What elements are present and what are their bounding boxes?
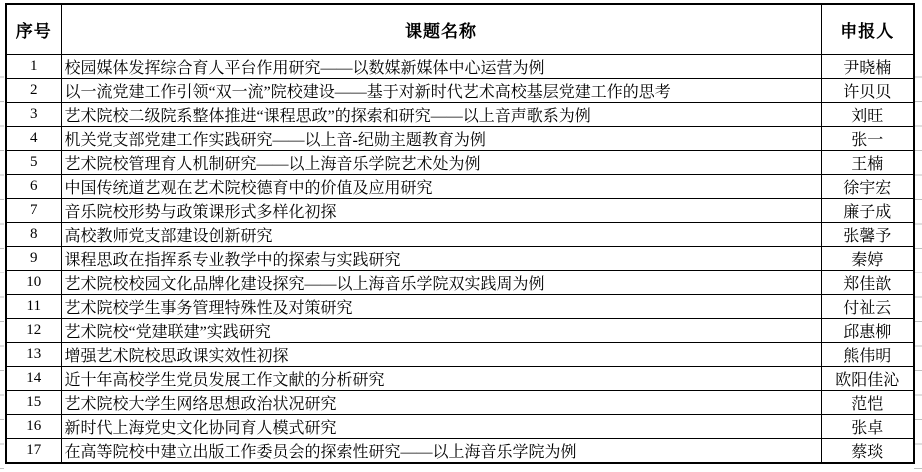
left-gridline-stubs <box>0 53 4 472</box>
topic-title-cell[interactable]: 增强艺术院校思政课实效性初探 <box>61 342 821 366</box>
topic-title-cell[interactable]: 课程思政在指挥系专业教学中的探索与实践研究 <box>61 246 821 270</box>
row-number-cell[interactable]: 1 <box>6 54 61 78</box>
row-number-cell[interactable]: 13 <box>6 342 61 366</box>
applicant-cell[interactable]: 许贝贝 <box>821 78 914 102</box>
table-row: 13 增强艺术院校思政课实效性初探 熊伟明 <box>6 342 914 366</box>
applicant-cell[interactable]: 邱惠柳 <box>821 318 914 342</box>
applicant-cell[interactable]: 郑佳歆 <box>821 270 914 294</box>
table-row: 17 在高等院校中建立出版工作委员会的探索性研究——以上海音乐学院为例 蔡琰 <box>6 438 914 463</box>
applicant-cell[interactable]: 王楠 <box>821 150 914 174</box>
topic-title-cell[interactable]: 艺术院校管理育人机制研究——以上海音乐学院艺术处为例 <box>61 150 821 174</box>
table-row: 2 以一流党建工作引领“双一流”院校建设——基于对新时代艺术高校基层党建工作的思… <box>6 78 914 102</box>
applicant-cell[interactable]: 刘旺 <box>821 102 914 126</box>
applicant-cell[interactable]: 廉子成 <box>821 198 914 222</box>
topic-title-cell[interactable]: 高校教师党支部建设创新研究 <box>61 222 821 246</box>
row-number-cell[interactable]: 2 <box>6 78 61 102</box>
applicant-cell[interactable]: 张馨予 <box>821 222 914 246</box>
row-number-cell[interactable]: 5 <box>6 150 61 174</box>
row-number-cell[interactable]: 17 <box>6 438 61 463</box>
header-row: 序号 课题名称 申报人 <box>6 4 914 54</box>
header-title[interactable]: 课题名称 <box>61 4 821 54</box>
topic-title-cell[interactable]: 在高等院校中建立出版工作委员会的探索性研究——以上海音乐学院为例 <box>61 438 821 463</box>
table-row: 1 校园媒体发挥综合育人平台作用研究——以数媒新媒体中心运营为例 尹晓楠 <box>6 54 914 78</box>
topic-title-cell[interactable]: 艺术院校学生事务管理特殊性及对策研究 <box>61 294 821 318</box>
row-number-cell[interactable]: 6 <box>6 174 61 198</box>
table-row: 4 机关党支部党建工作实践研究——以上音-纪勋主题教育为例 张一 <box>6 126 914 150</box>
row-number-cell[interactable]: 3 <box>6 102 61 126</box>
topic-title-cell[interactable]: 近十年高校学生党员发展工作文献的分析研究 <box>61 366 821 390</box>
table-row: 12 艺术院校“党建联建”实践研究 邱惠柳 <box>6 318 914 342</box>
topic-title-cell[interactable]: 艺术院校“党建联建”实践研究 <box>61 318 821 342</box>
row-number-cell[interactable]: 8 <box>6 222 61 246</box>
applicant-cell[interactable]: 欧阳佳沁 <box>821 366 914 390</box>
header-applicant[interactable]: 申报人 <box>821 4 914 54</box>
row-number-cell[interactable]: 7 <box>6 198 61 222</box>
row-number-cell[interactable]: 10 <box>6 270 61 294</box>
table-row: 15 艺术院校大学生网络思想政治状况研究 范恺 <box>6 390 914 414</box>
topic-title-cell[interactable]: 校园媒体发挥综合育人平台作用研究——以数媒新媒体中心运营为例 <box>61 54 821 78</box>
applicant-cell[interactable]: 熊伟明 <box>821 342 914 366</box>
applicant-cell[interactable]: 尹晓楠 <box>821 54 914 78</box>
table-row: 8 高校教师党支部建设创新研究 张馨予 <box>6 222 914 246</box>
topic-title-cell[interactable]: 艺术院校大学生网络思想政治状况研究 <box>61 390 821 414</box>
table-row: 14 近十年高校学生党员发展工作文献的分析研究 欧阳佳沁 <box>6 366 914 390</box>
row-number-cell[interactable]: 12 <box>6 318 61 342</box>
table-row: 6 中国传统道艺观在艺术院校德育中的价值及应用研究 徐宇宏 <box>6 174 914 198</box>
topics-table: 序号 课题名称 申报人 1 校园媒体发挥综合育人平台作用研究——以数媒新媒体中心… <box>5 3 915 464</box>
table-row: 3 艺术院校二级院系整体推进“课程思政”的探索和研究——以上音声歌系为例 刘旺 <box>6 102 914 126</box>
row-number-cell[interactable]: 16 <box>6 414 61 438</box>
table-row: 9 课程思政在指挥系专业教学中的探索与实践研究 秦婷 <box>6 246 914 270</box>
table-row: 5 艺术院校管理育人机制研究——以上海音乐学院艺术处为例 王楠 <box>6 150 914 174</box>
topic-title-cell[interactable]: 机关党支部党建工作实践研究——以上音-纪勋主题教育为例 <box>61 126 821 150</box>
right-gridline-stubs <box>914 53 922 472</box>
applicant-cell[interactable]: 秦婷 <box>821 246 914 270</box>
row-number-cell[interactable]: 11 <box>6 294 61 318</box>
table-row: 10 艺术院校校园文化品牌化建设探究——以上海音乐学院双实践周为例 郑佳歆 <box>6 270 914 294</box>
row-number-cell[interactable]: 9 <box>6 246 61 270</box>
table-row: 7 音乐院校形势与政策课形式多样化初探 廉子成 <box>6 198 914 222</box>
applicant-cell[interactable]: 范恺 <box>821 390 914 414</box>
applicant-cell[interactable]: 张一 <box>821 126 914 150</box>
applicant-cell[interactable]: 徐宇宏 <box>821 174 914 198</box>
row-number-cell[interactable]: 14 <box>6 366 61 390</box>
topic-title-cell[interactable]: 艺术院校二级院系整体推进“课程思政”的探索和研究——以上音声歌系为例 <box>61 102 821 126</box>
applicant-cell[interactable]: 蔡琰 <box>821 438 914 463</box>
table-row: 16 新时代上海党史文化协同育人模式研究 张卓 <box>6 414 914 438</box>
applicant-cell[interactable]: 付祉云 <box>821 294 914 318</box>
header-no[interactable]: 序号 <box>6 4 61 54</box>
topic-title-cell[interactable]: 新时代上海党史文化协同育人模式研究 <box>61 414 821 438</box>
applicant-cell[interactable]: 张卓 <box>821 414 914 438</box>
topic-title-cell[interactable]: 艺术院校校园文化品牌化建设探究——以上海音乐学院双实践周为例 <box>61 270 821 294</box>
spreadsheet-canvas: 序号 课题名称 申报人 1 校园媒体发挥综合育人平台作用研究——以数媒新媒体中心… <box>0 0 922 472</box>
row-number-cell[interactable]: 15 <box>6 390 61 414</box>
topic-title-cell[interactable]: 中国传统道艺观在艺术院校德育中的价值及应用研究 <box>61 174 821 198</box>
topic-title-cell[interactable]: 以一流党建工作引领“双一流”院校建设——基于对新时代艺术高校基层党建工作的思考 <box>61 78 821 102</box>
topic-title-cell[interactable]: 音乐院校形势与政策课形式多样化初探 <box>61 198 821 222</box>
row-number-cell[interactable]: 4 <box>6 126 61 150</box>
table-row: 11 艺术院校学生事务管理特殊性及对策研究 付祉云 <box>6 294 914 318</box>
